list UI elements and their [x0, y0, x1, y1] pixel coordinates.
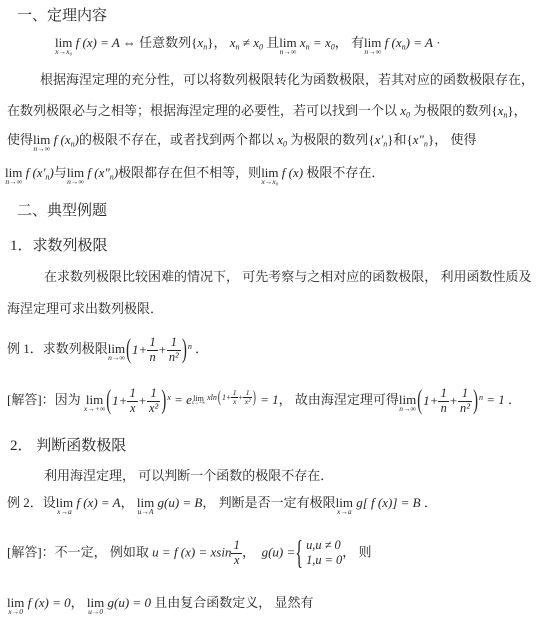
fraction-denominator: x [127, 402, 138, 416]
subscripted-variable: xn [396, 34, 406, 53]
line-theorem-para-line-2: 在数列极限必与之相等；根据海涅定理的必要性，若可以找到一个以 x0 为极限的数列… [7, 102, 527, 121]
text-run: 二、典型例题 [17, 203, 107, 219]
open-paren: ( [125, 336, 132, 364]
text-run: [解答]：不一定， 例如取 [7, 544, 152, 559]
limit-operator: limx→x₀ [261, 166, 278, 186]
fraction: 1n [147, 336, 158, 364]
text-run: ， 使得 [434, 132, 476, 147]
fraction-numerator: 1 [147, 387, 161, 402]
fraction-numerator: 1 [438, 387, 449, 402]
text-run: ⇔ [123, 35, 139, 50]
line-seq-para-line-2: 海涅定理可求出数列极限． [7, 300, 163, 319]
variable-base: x″ [99, 165, 110, 180]
fraction-numerator: 1 [458, 387, 472, 402]
text-run: 一、定理内容 [17, 8, 107, 24]
math-run: f ( [84, 165, 98, 180]
limit-condition: u→0 [87, 608, 104, 616]
limit-operator: limx→x₀ [55, 36, 72, 56]
math-run: f ( [381, 35, 395, 50]
math-run: 1+ [112, 392, 127, 411]
subscripted-variable: x′n [375, 131, 388, 150]
limit-operator: limn→∞ [33, 133, 50, 153]
math-run: u = f (x) = xsin [152, 544, 231, 559]
math-run: xln [205, 393, 217, 402]
text-run: ， 有 [335, 35, 364, 50]
variable-base: x′ [375, 132, 384, 147]
text-run: ， 判断是否一定有极限 [202, 495, 335, 510]
text-run: 任意数列 [139, 35, 191, 50]
math-run: f (x) = 0 [24, 595, 70, 610]
text-run: 且 [263, 35, 279, 50]
text-run: ， 故由海涅定理可得 [279, 392, 399, 407]
open-paren: ( [416, 387, 423, 415]
subscripted-variable: x0 [253, 34, 263, 53]
subscripted-variable: x′n [37, 164, 50, 183]
limit-condition: x→+∞ [192, 402, 205, 407]
math-run: + [449, 392, 458, 411]
fraction-denominator: x² [147, 402, 161, 416]
math-run: = e [171, 392, 192, 407]
limit-operator: limn→∞ [399, 393, 416, 413]
text-run: ， [213, 35, 229, 50]
limit-condition: n→∞ [5, 178, 22, 186]
text-run: 在数列极限必与之相等；根据海涅定理的必要性，若可以找到一个以 [7, 103, 400, 118]
line-solution-1: [解答]：因为 limx→+∞(1+1x+1x²)x = elimx→+∞ xl… [7, 387, 521, 415]
line-func-para-line-1: 利用海涅定理， 可以判断一个函数的极限不存在． [44, 467, 333, 486]
text-run: 且由复合函数定义， 显然有 [154, 595, 313, 610]
text-run: 例 2．设 [7, 495, 56, 510]
math-run: + [138, 392, 147, 411]
limit-condition: n→∞ [67, 178, 84, 186]
subscripted-variable: xn [300, 34, 310, 53]
limit-condition: n→∞ [364, 48, 381, 56]
fraction: 1x [231, 539, 242, 567]
text-run: 1．求数列极限 [10, 238, 108, 254]
math-run: + [158, 341, 167, 360]
text-run: 和 [393, 132, 406, 147]
limit-operator: limu→A [137, 496, 154, 516]
math-run: g(u) = [262, 544, 296, 559]
text-run: 利用海涅定理， 可以判断一个函数的极限不存在． [44, 468, 333, 483]
math-run: f ( [50, 132, 64, 147]
fraction-denominator: n² [458, 402, 472, 416]
limit-condition: n→∞ [108, 354, 125, 362]
math-run: = 1 [483, 392, 505, 407]
subscripted-variable: xn [197, 34, 207, 53]
open-paren: ( [105, 387, 112, 415]
line-theorem-formula: limx→x₀ f (x) = A ⇔ 任意数列{xn}， xn ≠ x0 且l… [55, 34, 441, 56]
math-run: ) = A [406, 35, 433, 50]
math-run: = 1 [257, 392, 279, 407]
cases-row: u,u ≠ 0 [306, 538, 342, 553]
limit-operator: limn→∞ [364, 36, 381, 56]
subscripted-variable: x0 [400, 102, 410, 121]
close-paren: ) [252, 389, 257, 406]
limit-operator: limx→+∞ [192, 395, 205, 407]
fraction: 1x² [147, 387, 161, 415]
text-run: 为极限的数列 [287, 132, 368, 147]
math-run: 1+ [132, 341, 147, 360]
math-run: = [310, 35, 325, 50]
text-run: 海涅定理可求出数列极限． [7, 301, 163, 316]
limit-condition: x→0 [7, 608, 24, 616]
open-paren: ( [217, 389, 222, 406]
fraction-denominator: x [231, 554, 242, 568]
line-example-2: 例 2．设limx→a f (x) = A， limu→A g(u) = B， … [7, 494, 437, 516]
variable-base: x″ [413, 132, 424, 147]
text-run: ． [505, 392, 521, 407]
line-solution-2: [解答]：不一定， 例如取 u = f (x) = xsin1x， g(u) =… [7, 538, 371, 569]
limit-condition: x→a [56, 508, 73, 516]
line-subheading-seq-limit: 1．求数列极限 [10, 236, 108, 258]
math-run: 1+ [423, 392, 438, 411]
parenthesized-expression: (1+1n+1n²) [416, 387, 479, 415]
fraction-denominator: n [147, 351, 158, 365]
fraction: 1x² [243, 389, 251, 407]
fraction-denominator: n² [167, 351, 181, 365]
fraction-numerator: 1 [231, 539, 242, 554]
math-run: 1+ [222, 394, 231, 402]
subscripted-variable: xn [498, 102, 508, 121]
subscripted-variable: x″n [99, 164, 114, 183]
text-run: 极限不存在． [303, 165, 384, 180]
text-run: 极限都存在但不相等，则 [118, 165, 261, 180]
fraction-numerator: 1 [147, 336, 158, 351]
limit-condition: x→a [336, 508, 353, 516]
limit-operator: limn→∞ [108, 342, 125, 362]
subscripted-variable: xn [230, 34, 240, 53]
text-run: ， [242, 544, 262, 559]
line-theorem-para-line-4: limn→∞ f (x′n)与limn→∞ f (x″n)极限都存在但不相等，则… [5, 164, 384, 186]
subscripted-variable: x″n [413, 131, 428, 150]
limit-operator: limn→∞ [279, 36, 296, 56]
limit-operator: limn→∞ [67, 166, 84, 186]
line-heading-section-2: 二、典型例题 [17, 201, 107, 223]
text-run: 例 1．求数列极限 [7, 341, 108, 356]
math-run: g[ f (x)] = B [353, 495, 421, 510]
limit-condition: x→+∞ [84, 405, 105, 413]
text-run: ， [514, 103, 527, 118]
text-run: ． [421, 495, 437, 510]
text-run: 2． 判断函数极限 [10, 438, 126, 454]
limit-operator: limx→0 [7, 596, 24, 616]
piecewise-cases: {u,u ≠ 01,u = 0 [295, 538, 342, 569]
limit-condition: n→∞ [33, 145, 50, 153]
math-run: f (x) [279, 165, 304, 180]
math-run: f ( [22, 165, 36, 180]
close-paren: ) [181, 336, 188, 364]
fraction-numerator: 1 [127, 387, 138, 402]
text-run: 的极限不存在，或者找到两个都以 [79, 132, 277, 147]
cases-brace: { [295, 536, 303, 570]
text-run: 根据海涅定理的充分性，可以将数列极限转化为函数极限，若其对应的函数极限存在， [40, 72, 534, 87]
fraction: 1x [231, 389, 238, 407]
close-paren: ) [472, 387, 479, 415]
text-run: ， [121, 495, 137, 510]
text-run: 与 [54, 165, 67, 180]
close-paren: ) [160, 387, 167, 415]
subscripted-variable: x0 [277, 131, 287, 150]
cases-rows: u,u ≠ 01,u = 0 [306, 538, 342, 569]
fraction-denominator: x² [243, 398, 251, 406]
subscripted-variable: xn [65, 131, 75, 150]
text-run: ， [71, 595, 87, 610]
text-run: ． [192, 341, 208, 356]
limit-condition: n→∞ [399, 405, 416, 413]
fraction: 1n² [167, 336, 181, 364]
fraction-denominator: x [231, 398, 238, 406]
math-run: ≠ [240, 35, 254, 50]
document-page: 一、定理内容limx→x₀ f (x) = A ⇔ 任意数列{xn}， xn ≠… [0, 0, 539, 631]
subscripted-variable: x0 [325, 34, 335, 53]
fraction-numerator: 1 [167, 336, 181, 351]
limit-condition: u→A [137, 508, 154, 516]
parenthesized-expression: (1+1x+1x²) [105, 387, 167, 415]
text-run: ， 则 [342, 544, 371, 559]
limit-condition: x→x₀ [261, 178, 278, 186]
text-run: 在求数列极限比较困难的情况下， 可先考察与之相对应的函数极限， 利用函数性质及 [44, 269, 532, 284]
fraction-denominator: n [438, 402, 449, 416]
math-run: f (x) = A [72, 35, 123, 50]
math-run: g(u) = 0 [104, 595, 154, 610]
line-subheading-func-limit: 2． 判断函数极限 [10, 436, 126, 458]
limit-condition: x→x₀ [55, 48, 72, 56]
fraction: 1x [127, 387, 138, 415]
line-seq-para-line-1: 在求数列极限比较困难的情况下， 可先考察与之相对应的函数极限， 利用函数性质及 [44, 268, 532, 287]
parenthesized-expression: (1+1x+1x²) [217, 389, 257, 407]
superscript: limx→+∞ xln(1+1x+1x²) [192, 389, 257, 407]
limit-condition: n→∞ [279, 48, 296, 56]
line-theorem-para-line-1: 根据海涅定理的充分性，可以将数列极限转化为函数极限，若其对应的函数极限存在， [40, 71, 534, 90]
limit-operator: limx→a [336, 496, 353, 516]
limit-operator: limx→a [56, 496, 73, 516]
limit-operator: limn→∞ [5, 166, 22, 186]
math-run: f (x) = A [73, 495, 121, 510]
fraction: 1n² [458, 387, 472, 415]
fraction: 1n [438, 387, 449, 415]
text-run: 为极限的数列 [410, 103, 491, 118]
math-run: g(u) = B [154, 495, 202, 510]
line-theorem-para-line-3: 使得limn→∞ f (xn)的极限不存在，或者找到两个都以 x0 为极限的数列… [7, 131, 476, 153]
line-heading-section-1: 一、定理内容 [17, 6, 107, 28]
cases-row: 1,u = 0 [306, 553, 342, 568]
limit-operator: limx→+∞ [84, 393, 105, 413]
line-solution-2-line-2: limx→0 f (x) = 0， limu→0 g(u) = 0 且由复合函数… [7, 594, 313, 616]
text-run: · [433, 35, 441, 50]
parenthesized-expression: (1+1n+1n²) [125, 336, 188, 364]
text-run: 使得 [7, 132, 33, 147]
text-run: [解答]：因为 [7, 392, 84, 407]
line-example-1: 例 1．求数列极限limn→∞(1+1n+1n²)n ． [7, 336, 208, 364]
limit-operator: limu→0 [87, 596, 104, 616]
